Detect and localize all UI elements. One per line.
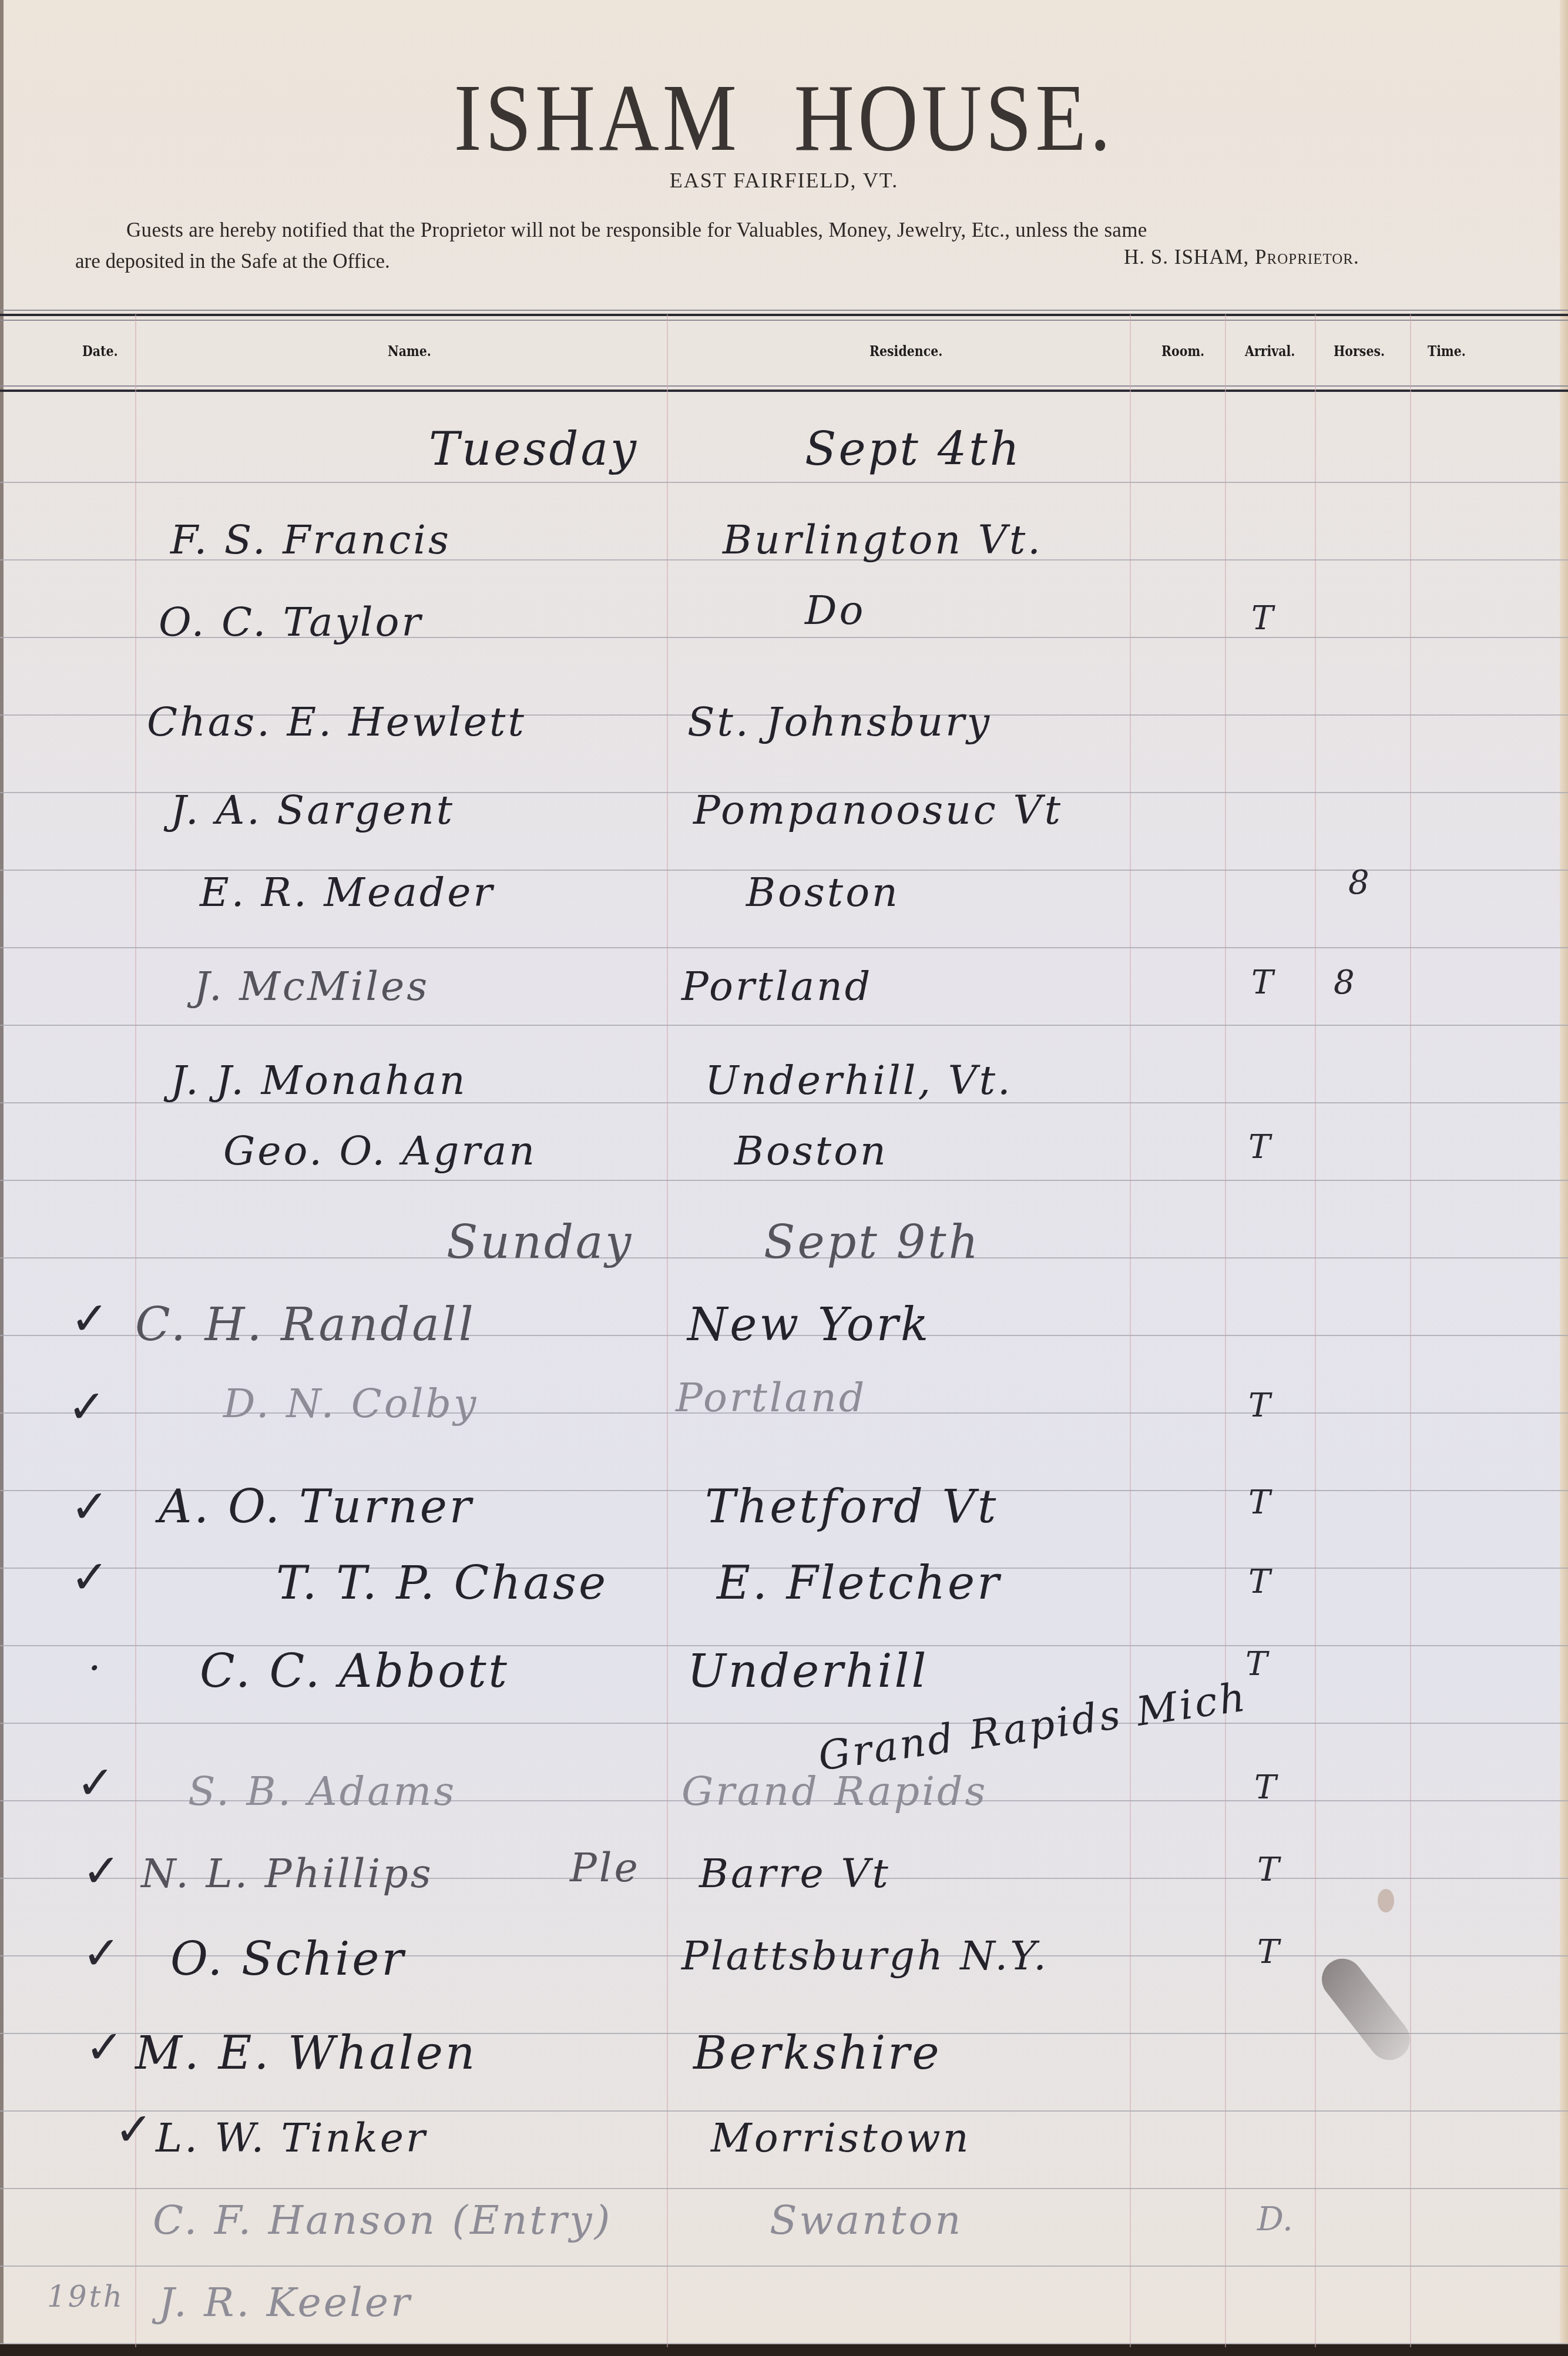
ruled-line (0, 2343, 1568, 2344)
guest-residence: Underhill, Vt. (705, 1058, 1013, 1104)
guest-residence: St. Johnsbury (687, 699, 992, 746)
column-header-name: Name. (388, 343, 431, 360)
guest-name: T. T. P. Chase (276, 1557, 608, 1610)
guest-name: A. O. Turner (159, 1481, 474, 1533)
guest-residence: Plattsburgh N.Y. (681, 1933, 1049, 1979)
page-bottom-edge (0, 2344, 1568, 2356)
date-heading-date: Sept 9th (764, 1216, 981, 1269)
guest-residence: Swanton (770, 2197, 963, 2244)
arrival-mark: T (1257, 1851, 1279, 1889)
register-page: ISHAM HOUSE. EAST FAIRFIELD, VT. Guests … (0, 0, 1568, 2356)
guest-name: O. Schier (170, 1933, 406, 1986)
arrival-mark: D. (1257, 2200, 1293, 2238)
arrival-mark: T (1248, 1128, 1270, 1166)
guest-name: C. F. Hanson (Entry) (153, 2197, 612, 2244)
proprietor-title: Proprietor. (1255, 246, 1359, 269)
ruled-line (0, 1723, 1568, 1724)
arrival-mark: T (1251, 599, 1273, 637)
ruled-line (0, 2188, 1568, 2189)
check-mark-icon: ✓ (115, 2103, 153, 2156)
notice-line-1: Guests are hereby notified that the Prop… (126, 219, 1147, 242)
arrival-mark: T (1248, 1387, 1270, 1425)
guest-residence: Pompanoosuc Vt (693, 787, 1063, 834)
ruled-line (0, 2266, 1568, 2267)
guest-residence: Boston (734, 1128, 888, 1174)
date-heading-day: Sunday (446, 1216, 633, 1269)
guest-name: C. C. Abbott (200, 1645, 509, 1698)
check-mark-icon: ✓ (70, 1293, 109, 1345)
header-rule-top-thick (0, 314, 1568, 316)
proprietor-line: H. S. ISHAM, Proprietor. (1124, 246, 1359, 269)
guest-residence: Barre Vt (699, 1851, 891, 1897)
guest-residence: Underhill (687, 1645, 928, 1698)
arrival-mark: T (1251, 964, 1273, 1002)
column-header-residence: Residence. (869, 343, 942, 360)
column-divider-name (667, 314, 668, 2347)
guest-name: E. R. Meader (200, 870, 495, 916)
header-rule-top-thin (0, 310, 1568, 311)
column-header-room: Room. (1161, 343, 1204, 360)
check-mark-icon: ✓ (70, 1551, 109, 1604)
column-divider-arrival (1315, 314, 1316, 2347)
arrival-mark: T (1245, 1645, 1267, 1683)
check-mark-icon: ✓ (82, 1927, 120, 1980)
column-header-time: Time. (1428, 343, 1466, 360)
page-left-edge (0, 0, 4, 2356)
guest-residence: Berkshire (693, 2027, 942, 2080)
guest-residence: Morristown (711, 2115, 971, 2162)
arrival-mark: T (1254, 1768, 1276, 1807)
ink-smudge (1314, 1951, 1418, 2069)
proprietor-name: H. S. ISHAM, (1124, 246, 1249, 269)
notice-line-2: are deposited in the Safe at the Office. (75, 250, 390, 273)
guest-name: Chas. E. Hewlett (147, 699, 526, 746)
hotel-location: EAST FAIRFIELD, VT. (0, 168, 1568, 193)
guest-name: J. R. Keeler (159, 2280, 412, 2326)
header-rule-top-thin-2 (0, 320, 1568, 321)
header-rule-bottom-thin (0, 385, 1568, 387)
header-rule-bottom-thick (0, 390, 1568, 392)
page-right-edge (1560, 0, 1568, 2356)
check-mark-icon: ✓ (85, 2021, 123, 2074)
name-suffix: Ple (570, 1845, 640, 1891)
check-mark-icon: ✓ (76, 1757, 115, 1810)
guest-residence: Burlington Vt. (723, 517, 1043, 563)
date-heading-day: Tuesday (429, 423, 639, 476)
column-divider-residence (1130, 314, 1131, 2347)
column-divider-horses (1410, 314, 1411, 2347)
guest-residence: New York (687, 1298, 931, 1351)
guest-name: Geo. O. Agran (223, 1128, 537, 1174)
guest-name: O. C. Taylor (159, 599, 423, 646)
ruled-line (0, 2110, 1568, 2112)
guest-name: F. S. Francis (170, 517, 451, 563)
guest-name: L. W. Tinker (156, 2115, 427, 2162)
column-header-arrival: Arrival. (1245, 343, 1295, 360)
guest-residence: Grand Rapids (681, 1768, 988, 1815)
guest-name: J. A. Sargent (170, 787, 455, 834)
entry-date: 19th (47, 2280, 125, 2314)
guest-name: J. McMiles (194, 964, 429, 1010)
guest-name: C. H. Randall (135, 1298, 476, 1351)
guest-residence: Boston (746, 870, 900, 916)
column-header-date: Date. (82, 343, 118, 360)
ruled-line (0, 482, 1568, 483)
horses-mark: 8 (1348, 864, 1369, 902)
guest-name: S. B. Adams (188, 1768, 456, 1815)
guest-name: J. J. Monahan (170, 1058, 467, 1104)
guest-residence: Do (805, 588, 865, 634)
check-mark-icon: ✓ (70, 1481, 109, 1533)
date-heading-date: Sept 4th (805, 423, 1022, 476)
guest-residence: E. Fletcher (717, 1557, 1001, 1610)
check-mark-icon: ✓ (68, 1381, 106, 1434)
hotel-title: ISHAM HOUSE. (0, 62, 1568, 173)
ruled-line (0, 947, 1568, 948)
arrival-mark: T (1248, 1484, 1270, 1522)
horses-mark: 8 (1334, 964, 1355, 1002)
guest-name: M. E. Whalen (135, 2027, 477, 2080)
column-divider-room (1225, 314, 1226, 2347)
ruled-line (0, 1180, 1568, 1181)
guest-residence: Thetford Vt (705, 1481, 998, 1533)
guest-name: N. L. Phillips (141, 1851, 434, 1897)
check-mark-icon: ✓ (82, 1845, 120, 1898)
check-mark: · (88, 1645, 103, 1692)
guest-residence: Portland (676, 1375, 867, 1421)
guest-name: D. N. Colby (223, 1381, 478, 1427)
guest-residence: Portland (681, 964, 872, 1010)
ink-stain (1378, 1889, 1394, 1912)
ruled-line (0, 1025, 1568, 1026)
column-header-horses: Horses. (1334, 343, 1385, 360)
arrival-mark: T (1257, 1933, 1279, 1971)
arrival-mark: T (1248, 1563, 1270, 1601)
